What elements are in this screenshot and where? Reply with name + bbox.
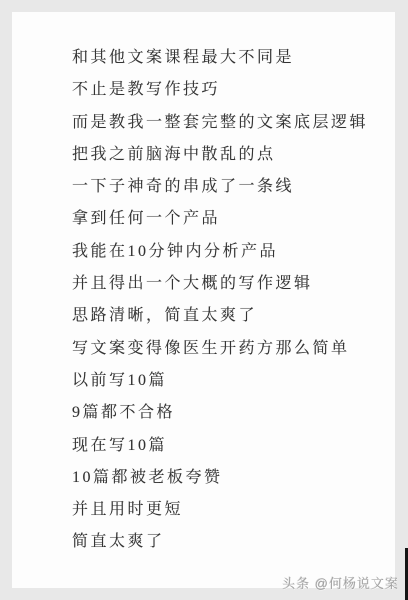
text-line: 并且用时更短 bbox=[72, 494, 385, 526]
text-line: 并且得出一个大概的写作逻辑 bbox=[72, 268, 385, 300]
text-line: 写文案变得像医生开药方那么简单 bbox=[72, 333, 385, 365]
image-background: 和其他文案课程最大不同是 不止是教写作技巧 而是教我一整套完整的文案底层逻辑 把… bbox=[0, 0, 408, 600]
text-line: 我能在10分钟内分析产品 bbox=[72, 236, 385, 268]
text-card: 和其他文案课程最大不同是 不止是教写作技巧 而是教我一整套完整的文案底层逻辑 把… bbox=[12, 12, 395, 588]
text-line: 9篇都不合格 bbox=[72, 397, 385, 429]
text-line: 以前写10篇 bbox=[72, 365, 385, 397]
toutiao-watermark: 头条 @何杨说文案 bbox=[282, 573, 399, 592]
text-block: 和其他文案课程最大不同是 不止是教写作技巧 而是教我一整套完整的文案底层逻辑 把… bbox=[12, 12, 395, 559]
text-line: 拿到任何一个产品 bbox=[72, 203, 385, 235]
text-line: 而是教我一整套完整的文案底层逻辑 bbox=[72, 107, 385, 139]
text-line: 和其他文案课程最大不同是 bbox=[72, 42, 385, 74]
text-line: 把我之前脑海中散乱的点 bbox=[72, 139, 385, 171]
text-line: 思路清晰，简直太爽了 bbox=[72, 300, 385, 332]
text-line: 一下子神奇的串成了一条线 bbox=[72, 171, 385, 203]
text-line: 10篇都被老板夸赞 bbox=[72, 462, 385, 494]
text-line: 不止是教写作技巧 bbox=[72, 74, 385, 106]
text-line: 现在写10篇 bbox=[72, 430, 385, 462]
text-line: 简直太爽了 bbox=[72, 526, 385, 558]
